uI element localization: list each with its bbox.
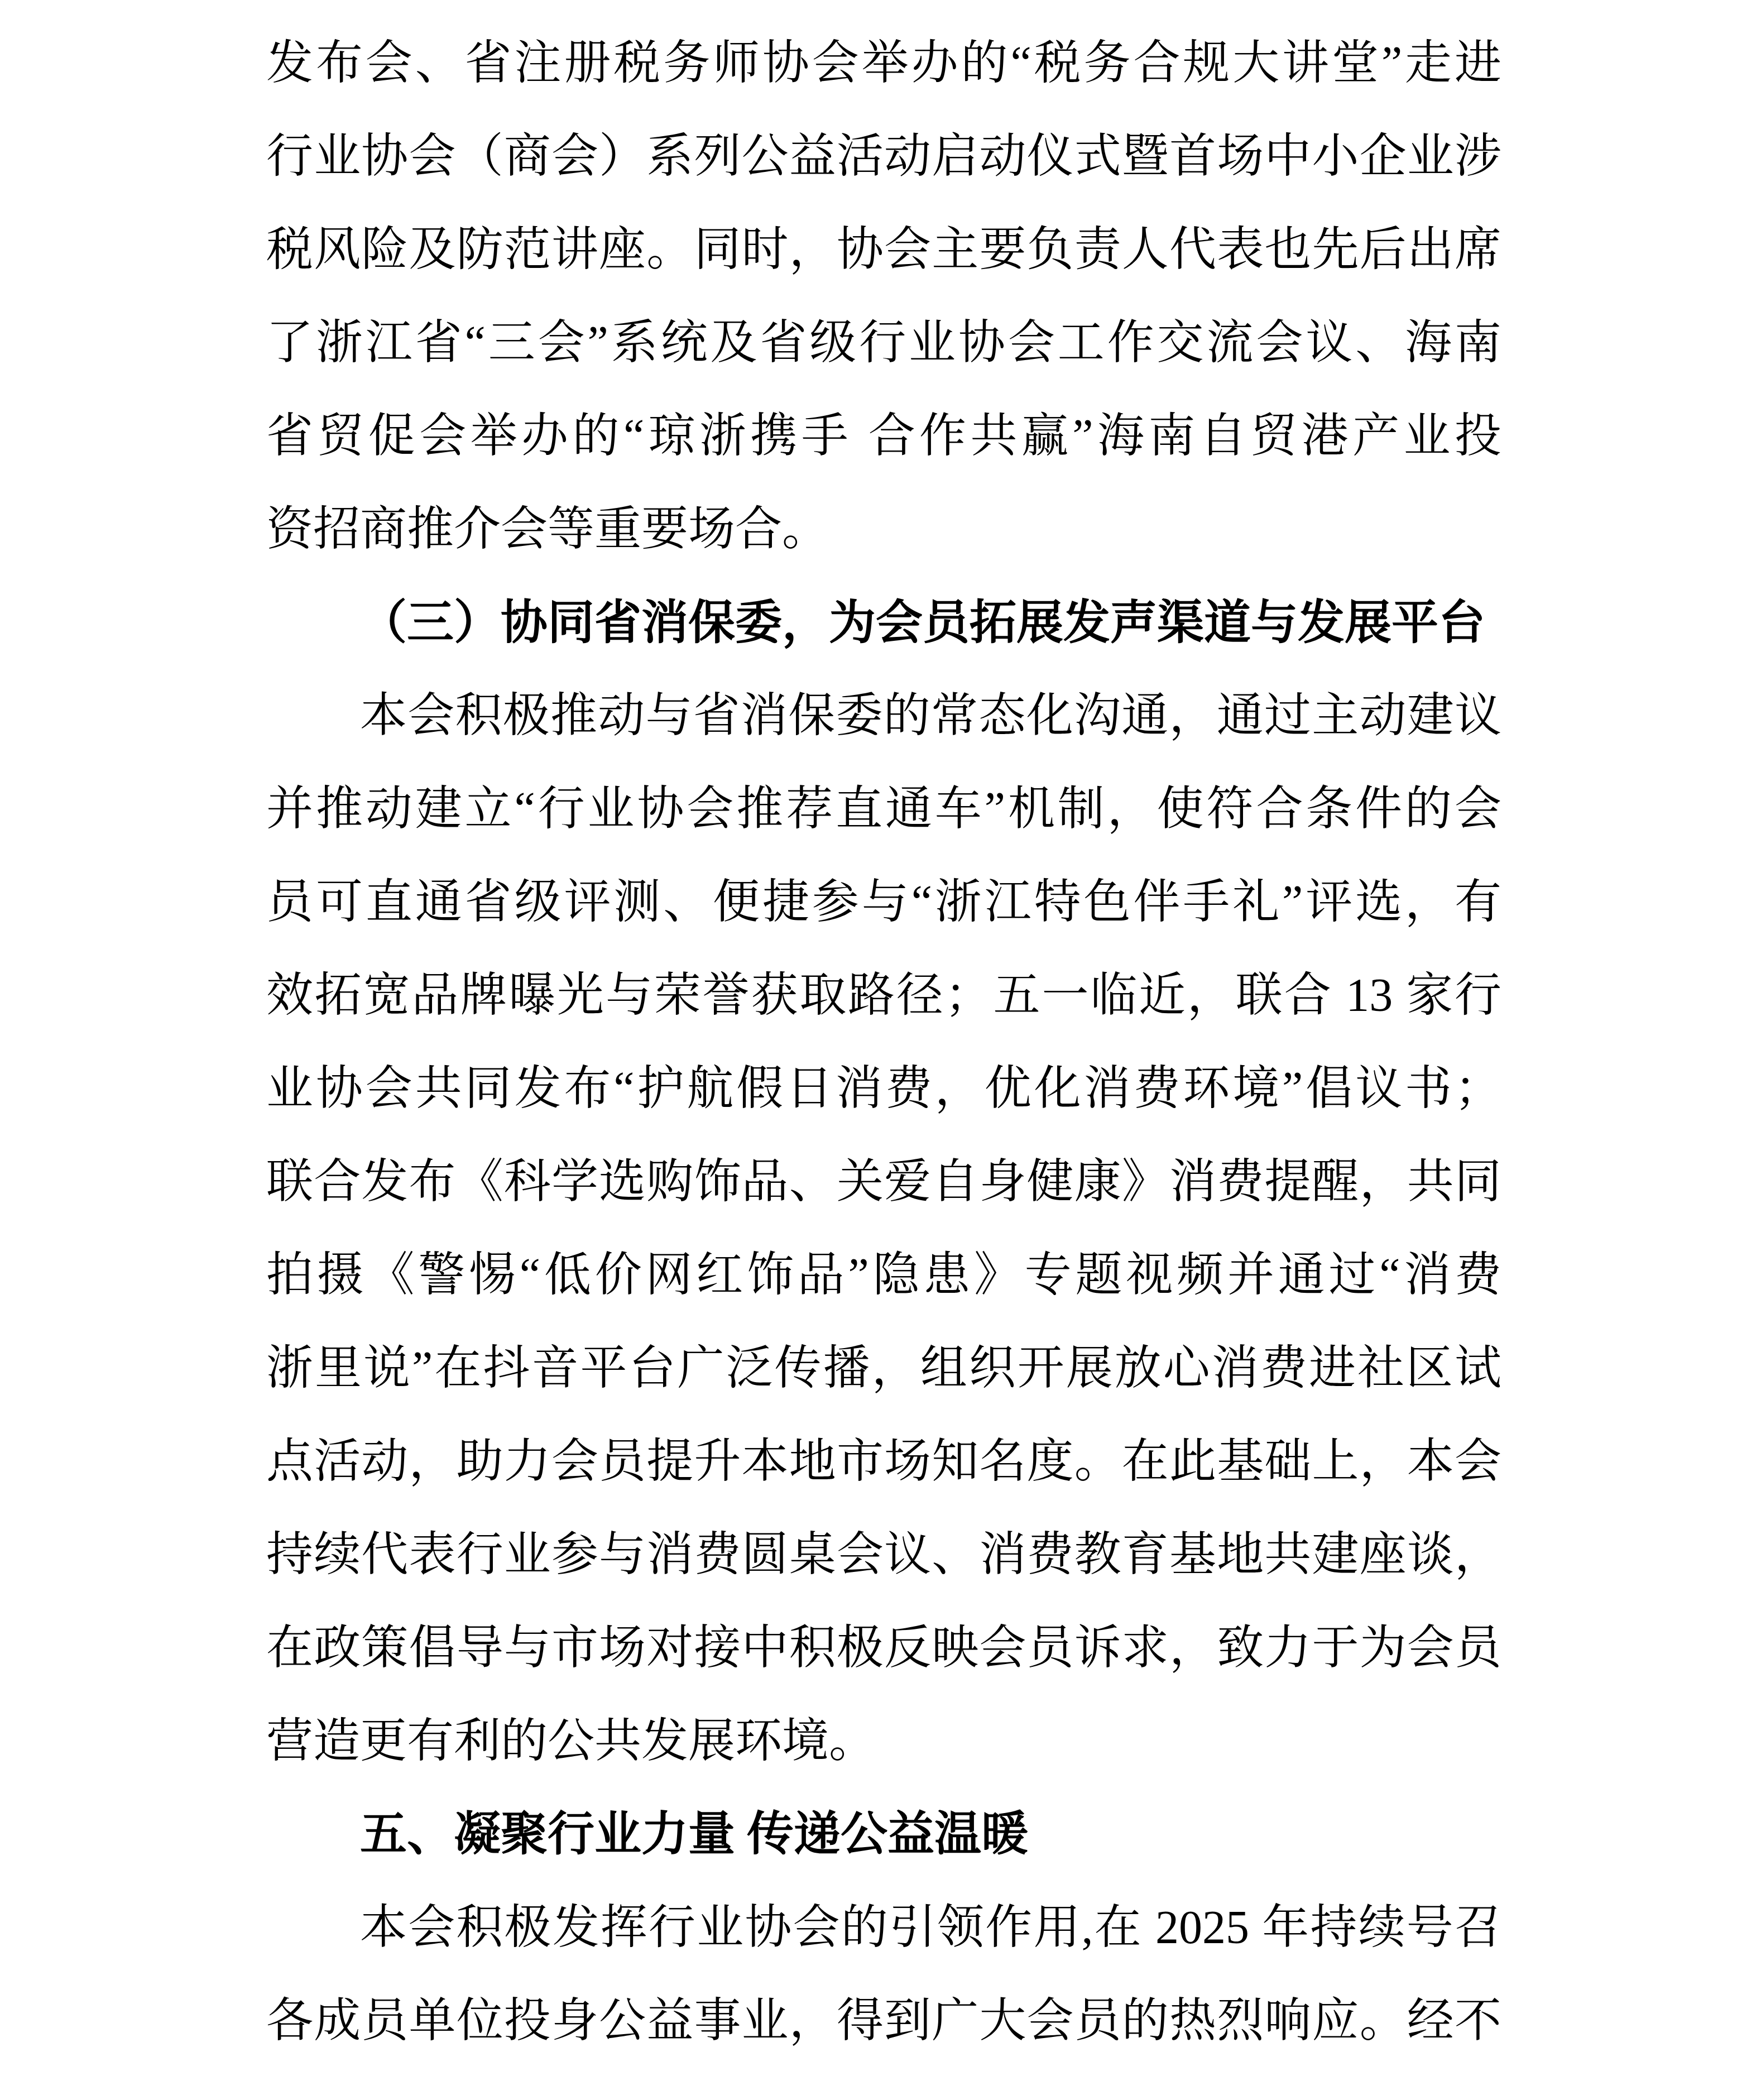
heading-section-5: 五、凝聚行业力量 传递公益温暖 [266, 1788, 1501, 1881]
text-line: 行业协会（商会）系列公益活动启动仪式暨首场中小企业涉 [266, 110, 1501, 203]
text-line: 浙里说”在抖音平台广泛传播，组织开展放心消费进社区试 [266, 1322, 1501, 1415]
text-line: 持续代表行业参与消费圆桌会议、消费教育基地共建座谈， [266, 1508, 1501, 1602]
text-line: 省贸促会举办的“琼浙携手 合作共赢”海南自贸港产业投 [266, 390, 1501, 483]
text-line: 员可直通省级评测、便捷参与“浙江特色伴手礼”评选，有 [266, 856, 1501, 949]
text-line: 本会积极发挥行业协会的引领作用,在 2025 年持续号召 [266, 1881, 1501, 1974]
text-line: 本会积极推动与省消保委的常态化沟通，通过主动建议 [266, 669, 1501, 763]
text-line: 各成员单位投身公益事业，得到广大会员的热烈响应。经不 [266, 1974, 1501, 2068]
text-line: 点活动，助力会员提升本地市场知名度。在此基础上，本会 [266, 1415, 1501, 1508]
text-line: 联合发布《科学选购饰品、关爱自身健康》消费提醒，共同 [266, 1135, 1501, 1229]
document-page: 发布会、省注册税务师协会举办的“税务合规大讲堂”走进 行业协会（商会）系列公益活… [0, 0, 1761, 2100]
text-line: 营造更有利的公共发展环境。 [266, 1695, 1501, 1788]
text-line: 了浙江省“三会”系统及省级行业协会工作交流会议、海南 [266, 296, 1501, 390]
text-line: 效拓宽品牌曝光与荣誉获取路径；五一临近，联合 13 家行 [266, 949, 1501, 1042]
text-line: 业协会共同发布“护航假日消费，优化消费环境”倡议书； [266, 1042, 1501, 1135]
text-line: 资招商推介会等重要场合。 [266, 483, 1501, 576]
heading-section-3: （三）协同省消保委，为会员拓展发声渠道与发展平台 [266, 576, 1501, 669]
text-line: 发布会、省注册税务师协会举办的“税务合规大讲堂”走进 [266, 17, 1501, 110]
text-line: 并推动建立“行业协会推荐直通车”机制，使符合条件的会 [266, 763, 1501, 856]
text-line: 税风险及防范讲座。同时，协会主要负责人代表也先后出席 [266, 203, 1501, 296]
text-line: 在政策倡导与市场对接中积极反映会员诉求，致力于为会员 [266, 1602, 1501, 1695]
text-line: 拍摄《警惕“低价网红饰品”隐患》专题视频并通过“消费 [266, 1229, 1501, 1322]
